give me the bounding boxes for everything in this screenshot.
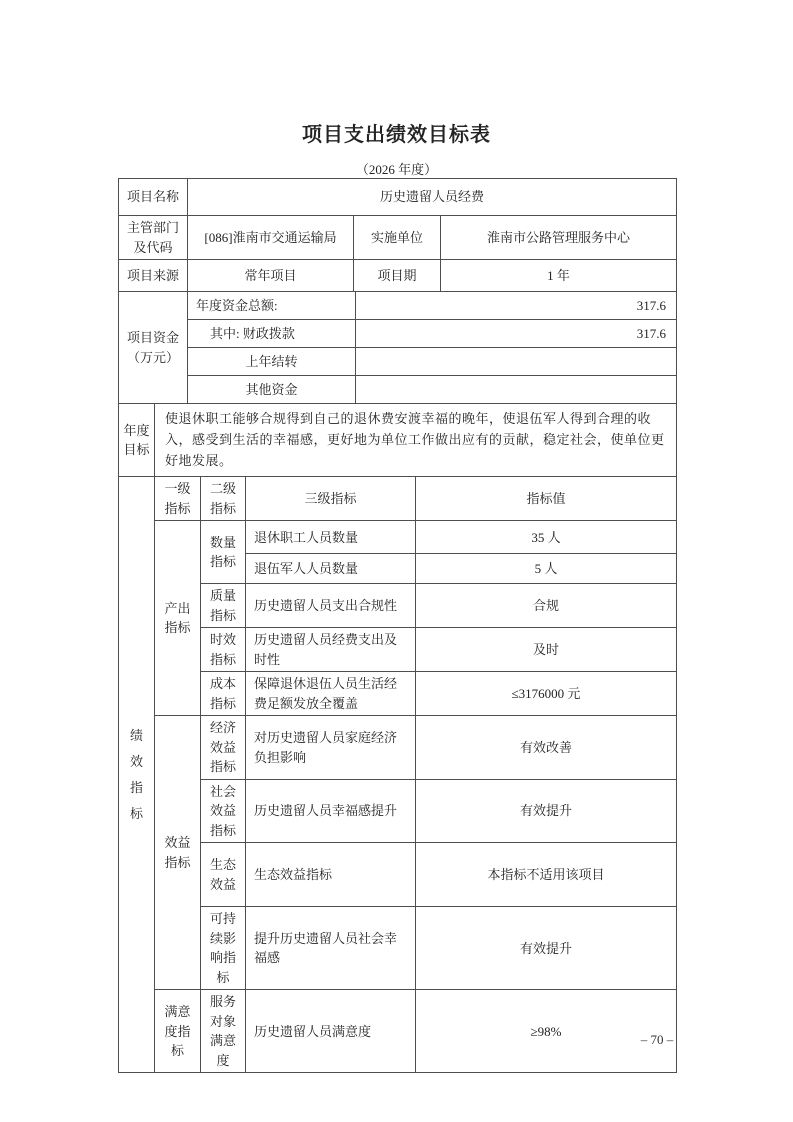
dept-label: 主管部门及代码 xyxy=(119,216,188,260)
page-number: – 70 – xyxy=(617,1032,697,1048)
level3-cell: 历史遗留人员支出合规性 xyxy=(246,584,416,628)
dept-value: [086]淮南市交通运输局 xyxy=(188,216,354,260)
funding-row-value: 317.6 xyxy=(356,292,677,320)
level2-cell: 社会效益指标 xyxy=(201,779,246,843)
value-cell: 有效提升 xyxy=(416,779,677,843)
annual-goal-text: 使退休职工能够合规得到自己的退休费安渡幸福的晚年，使退伍军人得到合理的收入，感受… xyxy=(155,404,677,477)
value-cell: 有效提升 xyxy=(416,907,677,990)
level3-cell: 生态效益指标 xyxy=(246,843,416,907)
project-name-value: 历史遗留人员经费 xyxy=(188,179,677,216)
table-row: 主管部门及代码 [086]淮南市交通运输局 实施单位 淮南市公路管理服务中心 xyxy=(119,216,677,260)
indicator-row: 效益指标 经济效益指标 对历史遗留人员家庭经济负担影响 有效改善 xyxy=(119,716,677,780)
level3-cell: 退休职工人员数量 xyxy=(246,521,416,554)
value-cell: 及时 xyxy=(416,628,677,672)
impl-unit-value: 淮南市公路管理服务中心 xyxy=(441,216,677,260)
table-row: 上年结转 xyxy=(119,348,677,376)
indicator-row: 社会效益指标 历史遗留人员幸福感提升 有效提升 xyxy=(119,779,677,843)
source-label: 项目来源 xyxy=(119,260,188,292)
table-row: 年度目标 使退休职工能够合规得到自己的退休费安渡幸福的晚年，使退伍军人得到合理的… xyxy=(119,404,677,477)
level3-cell: 提升历史遗留人员社会幸福感 xyxy=(246,907,416,990)
level2-cell: 服务对象满意度 xyxy=(201,990,246,1073)
level2-cell: 质量指标 xyxy=(201,584,246,628)
source-value: 常年项目 xyxy=(188,260,354,292)
level2-cell: 可持续影响指标 xyxy=(201,907,246,990)
funding-row-name: 年度资金总额: xyxy=(188,292,356,320)
level2-cell: 成本指标 xyxy=(201,672,246,716)
indicator-row: 质量指标 历史遗留人员支出合规性 合规 xyxy=(119,584,677,628)
indicator-row: 满意度指标 服务对象满意度 历史遗留人员满意度 ≥98% xyxy=(119,990,677,1073)
indicator-row: 产出指标 数量指标 退休职工人员数量 35 人 xyxy=(119,521,677,554)
value-cell: 35 人 xyxy=(416,521,677,554)
level1-group: 产出指标 xyxy=(155,521,201,716)
value-cell: 本指标不适用该项目 xyxy=(416,843,677,907)
indicator-row: 可持续影响指标 提升历史遗留人员社会幸福感 有效提升 xyxy=(119,907,677,990)
indicator-row: 成本指标 保障退休退伍人员生活经费足额发放全覆盖 ≤3176000 元 xyxy=(119,672,677,716)
funding-row-name: 上年结转 xyxy=(188,348,356,376)
indicator-row: 时效指标 历史遗留人员经费支出及时性 及时 xyxy=(119,628,677,672)
funding-row-value xyxy=(356,376,677,404)
funding-row-name: 其他资金 xyxy=(188,376,356,404)
impl-unit-label: 实施单位 xyxy=(354,216,441,260)
funding-table: 项目资金（万元） 年度资金总额: 317.6 其中: 财政拨款 317.6 上年… xyxy=(118,291,677,404)
level3-cell: 历史遗留人员幸福感提升 xyxy=(246,779,416,843)
header-level3: 三级指标 xyxy=(246,477,416,521)
document-subtitle: （2026 年度） xyxy=(0,159,793,178)
funding-row-value xyxy=(356,348,677,376)
table-row: 其他资金 xyxy=(119,376,677,404)
indicator-row: 生态效益 生态效益指标 本指标不适用该项目 xyxy=(119,843,677,907)
table-row: 其中: 财政拨款 317.6 xyxy=(119,320,677,348)
performance-target-table: 项目名称 历史遗留人员经费 主管部门及代码 [086]淮南市交通运输局 实施单位… xyxy=(118,178,676,1073)
level3-cell: 历史遗留人员满意度 xyxy=(246,990,416,1073)
value-cell: 有效改善 xyxy=(416,716,677,780)
indicators-section-label: 绩效指标 xyxy=(119,477,155,1073)
level3-cell: 保障退休退伍人员生活经费足额发放全覆盖 xyxy=(246,672,416,716)
funding-label: 项目资金（万元） xyxy=(119,292,188,404)
project-name-label: 项目名称 xyxy=(119,179,188,216)
value-cell: ≤3176000 元 xyxy=(416,672,677,716)
level1-group: 满意度指标 xyxy=(155,990,201,1073)
table-row: 项目资金（万元） 年度资金总额: 317.6 xyxy=(119,292,677,320)
header-level2: 二级指标 xyxy=(201,477,246,521)
level2-cell: 生态效益 xyxy=(201,843,246,907)
indicators-table: 绩效指标 一级指标 二级指标 三级指标 指标值 产出指标 数量指标 退休职工人员… xyxy=(118,476,677,1073)
indicators-header-row: 绩效指标 一级指标 二级指标 三级指标 指标值 xyxy=(119,477,677,521)
level2-cell: 时效指标 xyxy=(201,628,246,672)
level1-group: 效益指标 xyxy=(155,716,201,990)
funding-row-name: 其中: 财政拨款 xyxy=(188,320,356,348)
basic-info-table: 项目名称 历史遗留人员经费 主管部门及代码 [086]淮南市交通运输局 实施单位… xyxy=(118,178,677,292)
table-row: 项目来源 常年项目 项目期 1 年 xyxy=(119,260,677,292)
level2-cell: 数量指标 xyxy=(201,521,246,584)
value-cell: 合规 xyxy=(416,584,677,628)
annual-goal-label: 年度目标 xyxy=(119,404,155,477)
value-cell: 5 人 xyxy=(416,554,677,584)
funding-row-value: 317.6 xyxy=(356,320,677,348)
annual-goal-table: 年度目标 使退休职工能够合规得到自己的退休费安渡幸福的晚年，使退伍军人得到合理的… xyxy=(118,403,677,477)
table-row: 项目名称 历史遗留人员经费 xyxy=(119,179,677,216)
period-value: 1 年 xyxy=(441,260,677,292)
header-level1: 一级指标 xyxy=(155,477,201,521)
level2-cell: 经济效益指标 xyxy=(201,716,246,780)
level3-cell: 历史遗留人员经费支出及时性 xyxy=(246,628,416,672)
level3-cell: 退伍军人人员数量 xyxy=(246,554,416,584)
document-title: 项目支出绩效目标表 xyxy=(0,118,793,147)
period-label: 项目期 xyxy=(354,260,441,292)
header-value: 指标值 xyxy=(416,477,677,521)
level3-cell: 对历史遗留人员家庭经济负担影响 xyxy=(246,716,416,780)
document-page: 项目支出绩效目标表 （2026 年度） 项目名称 历史遗留人员经费 主管部门及代… xyxy=(0,0,793,1122)
